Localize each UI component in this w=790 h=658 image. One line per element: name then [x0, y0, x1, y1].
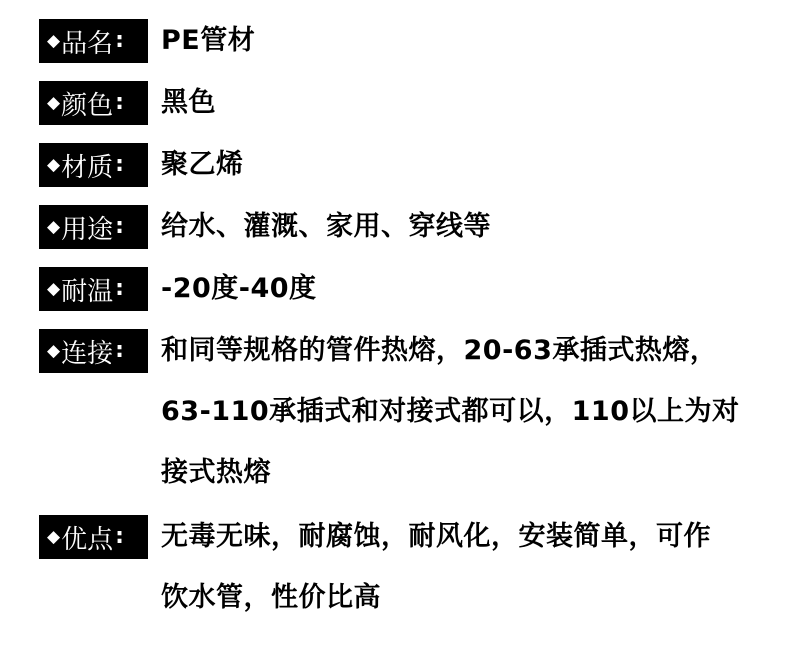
colon: :: [115, 28, 124, 53]
colon: :: [115, 276, 124, 301]
colon: :: [115, 338, 124, 363]
spec-label: ◆ 材质 :: [39, 143, 148, 187]
spec-label-text: 材质: [61, 147, 113, 184]
spec-label: ◆ 连接 :: [39, 329, 148, 373]
colon: :: [115, 90, 124, 115]
spec-label-text: 连接: [61, 333, 113, 370]
diamond-bullet-icon: ◆: [47, 155, 60, 175]
diamond-bullet-icon: ◆: [47, 93, 60, 113]
spec-label: ◆ 耐温 :: [39, 267, 148, 311]
spec-value: 给水、灌溉、家用、穿线等: [161, 205, 491, 249]
spec-label-text: 颜色: [61, 85, 113, 122]
diamond-bullet-icon: ◆: [47, 31, 60, 51]
spec-value: 无毒无味，耐腐蚀，耐风化，安装简单，可作: [161, 515, 711, 559]
diamond-bullet-icon: ◆: [47, 217, 60, 237]
diamond-bullet-icon: ◆: [47, 341, 60, 361]
spec-label: ◆ 用途 :: [39, 205, 148, 249]
colon: :: [115, 214, 124, 239]
spec-label-text: 耐温: [61, 271, 113, 308]
spec-value: 和同等规格的管件热熔，20-63承插式热熔，: [161, 329, 717, 373]
colon: :: [115, 152, 124, 177]
spec-label: ◆ 优点 :: [39, 515, 148, 559]
diamond-bullet-icon: ◆: [47, 527, 60, 547]
spec-value: PE管材: [161, 19, 255, 63]
spec-value: 聚乙烯: [161, 143, 244, 187]
colon: :: [115, 524, 124, 549]
spec-value-continuation: 接式热熔: [161, 451, 271, 495]
spec-label: ◆ 品名 :: [39, 19, 148, 63]
diamond-bullet-icon: ◆: [47, 279, 60, 299]
spec-value-continuation: 63-110承插式和对接式都可以，110以上为对: [161, 390, 740, 434]
spec-value: 黑色: [161, 81, 216, 125]
spec-label-text: 用途: [61, 209, 113, 246]
spec-label-text: 品名: [61, 23, 113, 60]
spec-label: ◆ 颜色 :: [39, 81, 148, 125]
spec-label-text: 优点: [61, 519, 113, 556]
spec-value: -20度-40度: [161, 267, 317, 311]
spec-value-continuation: 饮水管，性价比高: [161, 576, 381, 620]
